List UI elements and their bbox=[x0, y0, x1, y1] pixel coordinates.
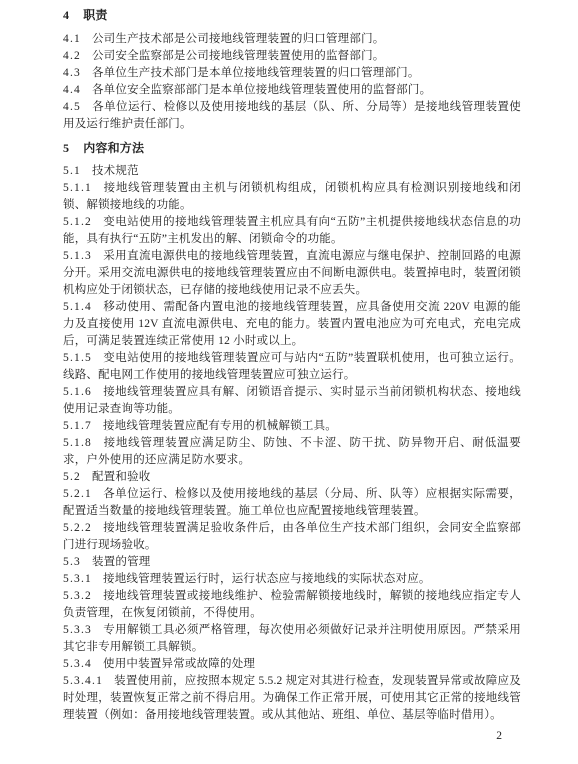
clause-text: 变电站使用的接地线管理装置应可与站内“五防”装置联机使用，也可独立运行。线路、配… bbox=[63, 352, 521, 381]
clause-number: 5.3.4 bbox=[63, 658, 92, 670]
clause-text: 内容和方法 bbox=[83, 141, 144, 155]
document-body: 4职责4.1公司生产技术部是公司接地线管理装置的归口管理部门。4.2公司安全监察… bbox=[63, 7, 521, 724]
clause-text: 各单位运行、检修以及使用接地线的基层（分局、所、队等）应根据实际需要，配置适当数… bbox=[63, 488, 521, 517]
clause-paragraph: 5.1.7接地线管理装置应配有专用的机械解锁工具。 bbox=[63, 418, 521, 435]
clause-text: 专用解锁工具必须严格管理，每次使用必须做好记录并注明使用原因。严禁采用其它非专用… bbox=[63, 624, 521, 653]
clause-text: 接地线管理装置运行时，运行状态应与接地线的实际状态对应。 bbox=[103, 573, 431, 585]
clause-paragraph: 5.1.8接地线管理装置应满足防尘、防蚀、不卡涩、防干扰、防异物开启、耐低温要求… bbox=[63, 435, 521, 469]
clause-number: 4.2 bbox=[63, 50, 81, 62]
clause-number: 5.1.5 bbox=[63, 352, 92, 364]
clause-number: 5.1.1 bbox=[63, 182, 92, 194]
clause-number: 5.1.2 bbox=[63, 216, 92, 228]
clause-paragraph: 4.4各单位安全监察部部门是本单位接地线管理装置使用的监督部门。 bbox=[63, 82, 521, 99]
page-number: 2 bbox=[496, 728, 502, 745]
clause-text: 技术规范 bbox=[92, 165, 139, 177]
clause-text: 采用直流电源供电的接地线管理装置，直流电源应与继电保护、控制回路的电源分开。采用… bbox=[63, 250, 521, 296]
clause-text: 各单位生产技术部门是本单位接地线管理装置的归口管理部门。 bbox=[92, 67, 420, 79]
clause-number: 4.3 bbox=[63, 67, 81, 79]
clause-paragraph: 5.1.6接地线管理装置应具有解、闭锁语音提示、实时显示当前闭锁机构状态、接地线… bbox=[63, 384, 521, 418]
clause-paragraph: 5.3装置的管理 bbox=[63, 554, 521, 571]
clause-text: 接地线管理装置应满足防尘、防蚀、不卡涩、防干扰、防异物开启、耐低温要求，户外使用… bbox=[63, 437, 521, 466]
clause-paragraph: 5.3.4.1装置使用前，应按照本规定 5.5.2 规定对其进行检查，发现装置异… bbox=[63, 673, 521, 724]
clause-text: 装置使用前，应按照本规定 5.5.2 规定对其进行检查，发现装置异常或故障应及时… bbox=[63, 675, 521, 721]
clause-paragraph: 5.1.3采用直流电源供电的接地线管理装置，直流电源应与继电保护、控制回路的电源… bbox=[63, 248, 521, 299]
clause-paragraph: 5.3.3专用解锁工具必须严格管理，每次使用必须做好记录并注明使用原因。严禁采用… bbox=[63, 622, 521, 656]
clause-paragraph: 5.1技术规范 bbox=[63, 163, 521, 180]
clause-number: 5.3.2 bbox=[63, 590, 92, 602]
clause-text: 职责 bbox=[83, 8, 107, 22]
clause-number: 4.4 bbox=[63, 84, 81, 96]
document-page: 4职责4.1公司生产技术部是公司接地线管理装置的归口管理部门。4.2公司安全监察… bbox=[0, 0, 578, 764]
clause-text: 装置的管理 bbox=[92, 556, 151, 568]
clause-number: 5.1.4 bbox=[63, 301, 92, 313]
clause-text: 公司安全监察部是公司接地线管理装置使用的监督部门。 bbox=[92, 50, 385, 62]
clause-paragraph: 5.1.4移动使用、需配备内置电池的接地线管理装置，应具备使用交流 220V 电… bbox=[63, 299, 521, 350]
clause-number: 5.1.3 bbox=[63, 250, 92, 262]
clause-text: 使用中装置异常或故障的处理 bbox=[103, 658, 255, 670]
clause-paragraph: 5.1.1接地线管理装置由主机与闭锁机构组成，闭锁机构应具有检测识别接地线和闭锁… bbox=[63, 180, 521, 214]
clause-number: 5.3 bbox=[63, 556, 81, 568]
clause-number: 5.3.4.1 bbox=[63, 675, 103, 687]
clause-number: 4.5 bbox=[63, 101, 81, 113]
clause-text: 变电站使用的接地线管理装置主机应具有向“五防”主机提供接地线状态信息的功能，具有… bbox=[63, 216, 521, 245]
clause-number: 5.3.3 bbox=[63, 624, 92, 636]
clause-text: 接地线管理装置或接地线维护、检验需解锁接地线时，解锁的接地线应指定专人负责管理，… bbox=[63, 590, 521, 619]
clause-paragraph: 5.2.1各单位运行、检修以及使用接地线的基层（分局、所、队等）应根据实际需要，… bbox=[63, 486, 521, 520]
clause-paragraph: 4.2公司安全监察部是公司接地线管理装置使用的监督部门。 bbox=[63, 48, 521, 65]
clause-text: 接地线管理装置应具有解、闭锁语音提示、实时显示当前闭锁机构状态、接地线使用记录查… bbox=[63, 386, 521, 415]
clause-number: 5.3.1 bbox=[63, 573, 92, 585]
clause-paragraph: 5.3.4使用中装置异常或故障的处理 bbox=[63, 656, 521, 673]
clause-number: 5.1.8 bbox=[63, 437, 92, 449]
clause-number: 5.1.6 bbox=[63, 386, 92, 398]
clause-number: 5.2 bbox=[63, 471, 81, 483]
clause-paragraph: 5.3.1接地线管理装置运行时，运行状态应与接地线的实际状态对应。 bbox=[63, 571, 521, 588]
clause-paragraph: 4.3各单位生产技术部门是本单位接地线管理装置的归口管理部门。 bbox=[63, 65, 521, 82]
clause-number: 5 bbox=[63, 141, 70, 155]
clause-number: 5.2.2 bbox=[63, 522, 92, 534]
clause-number: 5.2.1 bbox=[63, 488, 92, 500]
clause-text: 接地线管理装置应配有专用的机械解锁工具。 bbox=[103, 420, 337, 432]
clause-paragraph: 5.2.2接地线管理装置满足验收条件后，由各单位生产技术部门组织，会同安全监察部… bbox=[63, 520, 521, 554]
section-heading: 4职责 bbox=[63, 7, 521, 24]
clause-number: 4.1 bbox=[63, 33, 81, 45]
clause-text: 各单位运行、检修以及使用接地线的基层（队、所、分局等）是接地线管理装置使用及运行… bbox=[63, 101, 521, 130]
clause-paragraph: 5.1.5变电站使用的接地线管理装置应可与站内“五防”装置联机使用，也可独立运行… bbox=[63, 350, 521, 384]
clause-number: 5.1 bbox=[63, 165, 81, 177]
clause-text: 各单位安全监察部部门是本单位接地线管理装置使用的监督部门。 bbox=[92, 84, 431, 96]
clause-text: 移动使用、需配备内置电池的接地线管理装置，应具备使用交流 220V 电源的能力及… bbox=[63, 301, 521, 347]
clause-paragraph: 4.5各单位运行、检修以及使用接地线的基层（队、所、分局等）是接地线管理装置使用… bbox=[63, 99, 521, 133]
section-heading: 5内容和方法 bbox=[63, 140, 521, 157]
clause-number: 5.1.7 bbox=[63, 420, 92, 432]
clause-number: 4 bbox=[63, 8, 70, 22]
clause-paragraph: 5.2配置和验收 bbox=[63, 469, 521, 486]
clause-paragraph: 4.1公司生产技术部是公司接地线管理装置的归口管理部门。 bbox=[63, 31, 521, 48]
clause-text: 接地线管理装置由主机与闭锁机构组成，闭锁机构应具有检测识别接地线和闭锁、解锁接地… bbox=[63, 182, 521, 211]
clause-text: 配置和验收 bbox=[92, 471, 151, 483]
clause-text: 公司生产技术部是公司接地线管理装置的归口管理部门。 bbox=[92, 33, 385, 45]
clause-text: 接地线管理装置满足验收条件后，由各单位生产技术部门组织，会同安全监察部门进行现场… bbox=[63, 522, 521, 551]
clause-paragraph: 5.1.2变电站使用的接地线管理装置主机应具有向“五防”主机提供接地线状态信息的… bbox=[63, 214, 521, 248]
clause-paragraph: 5.3.2接地线管理装置或接地线维护、检验需解锁接地线时，解锁的接地线应指定专人… bbox=[63, 588, 521, 622]
